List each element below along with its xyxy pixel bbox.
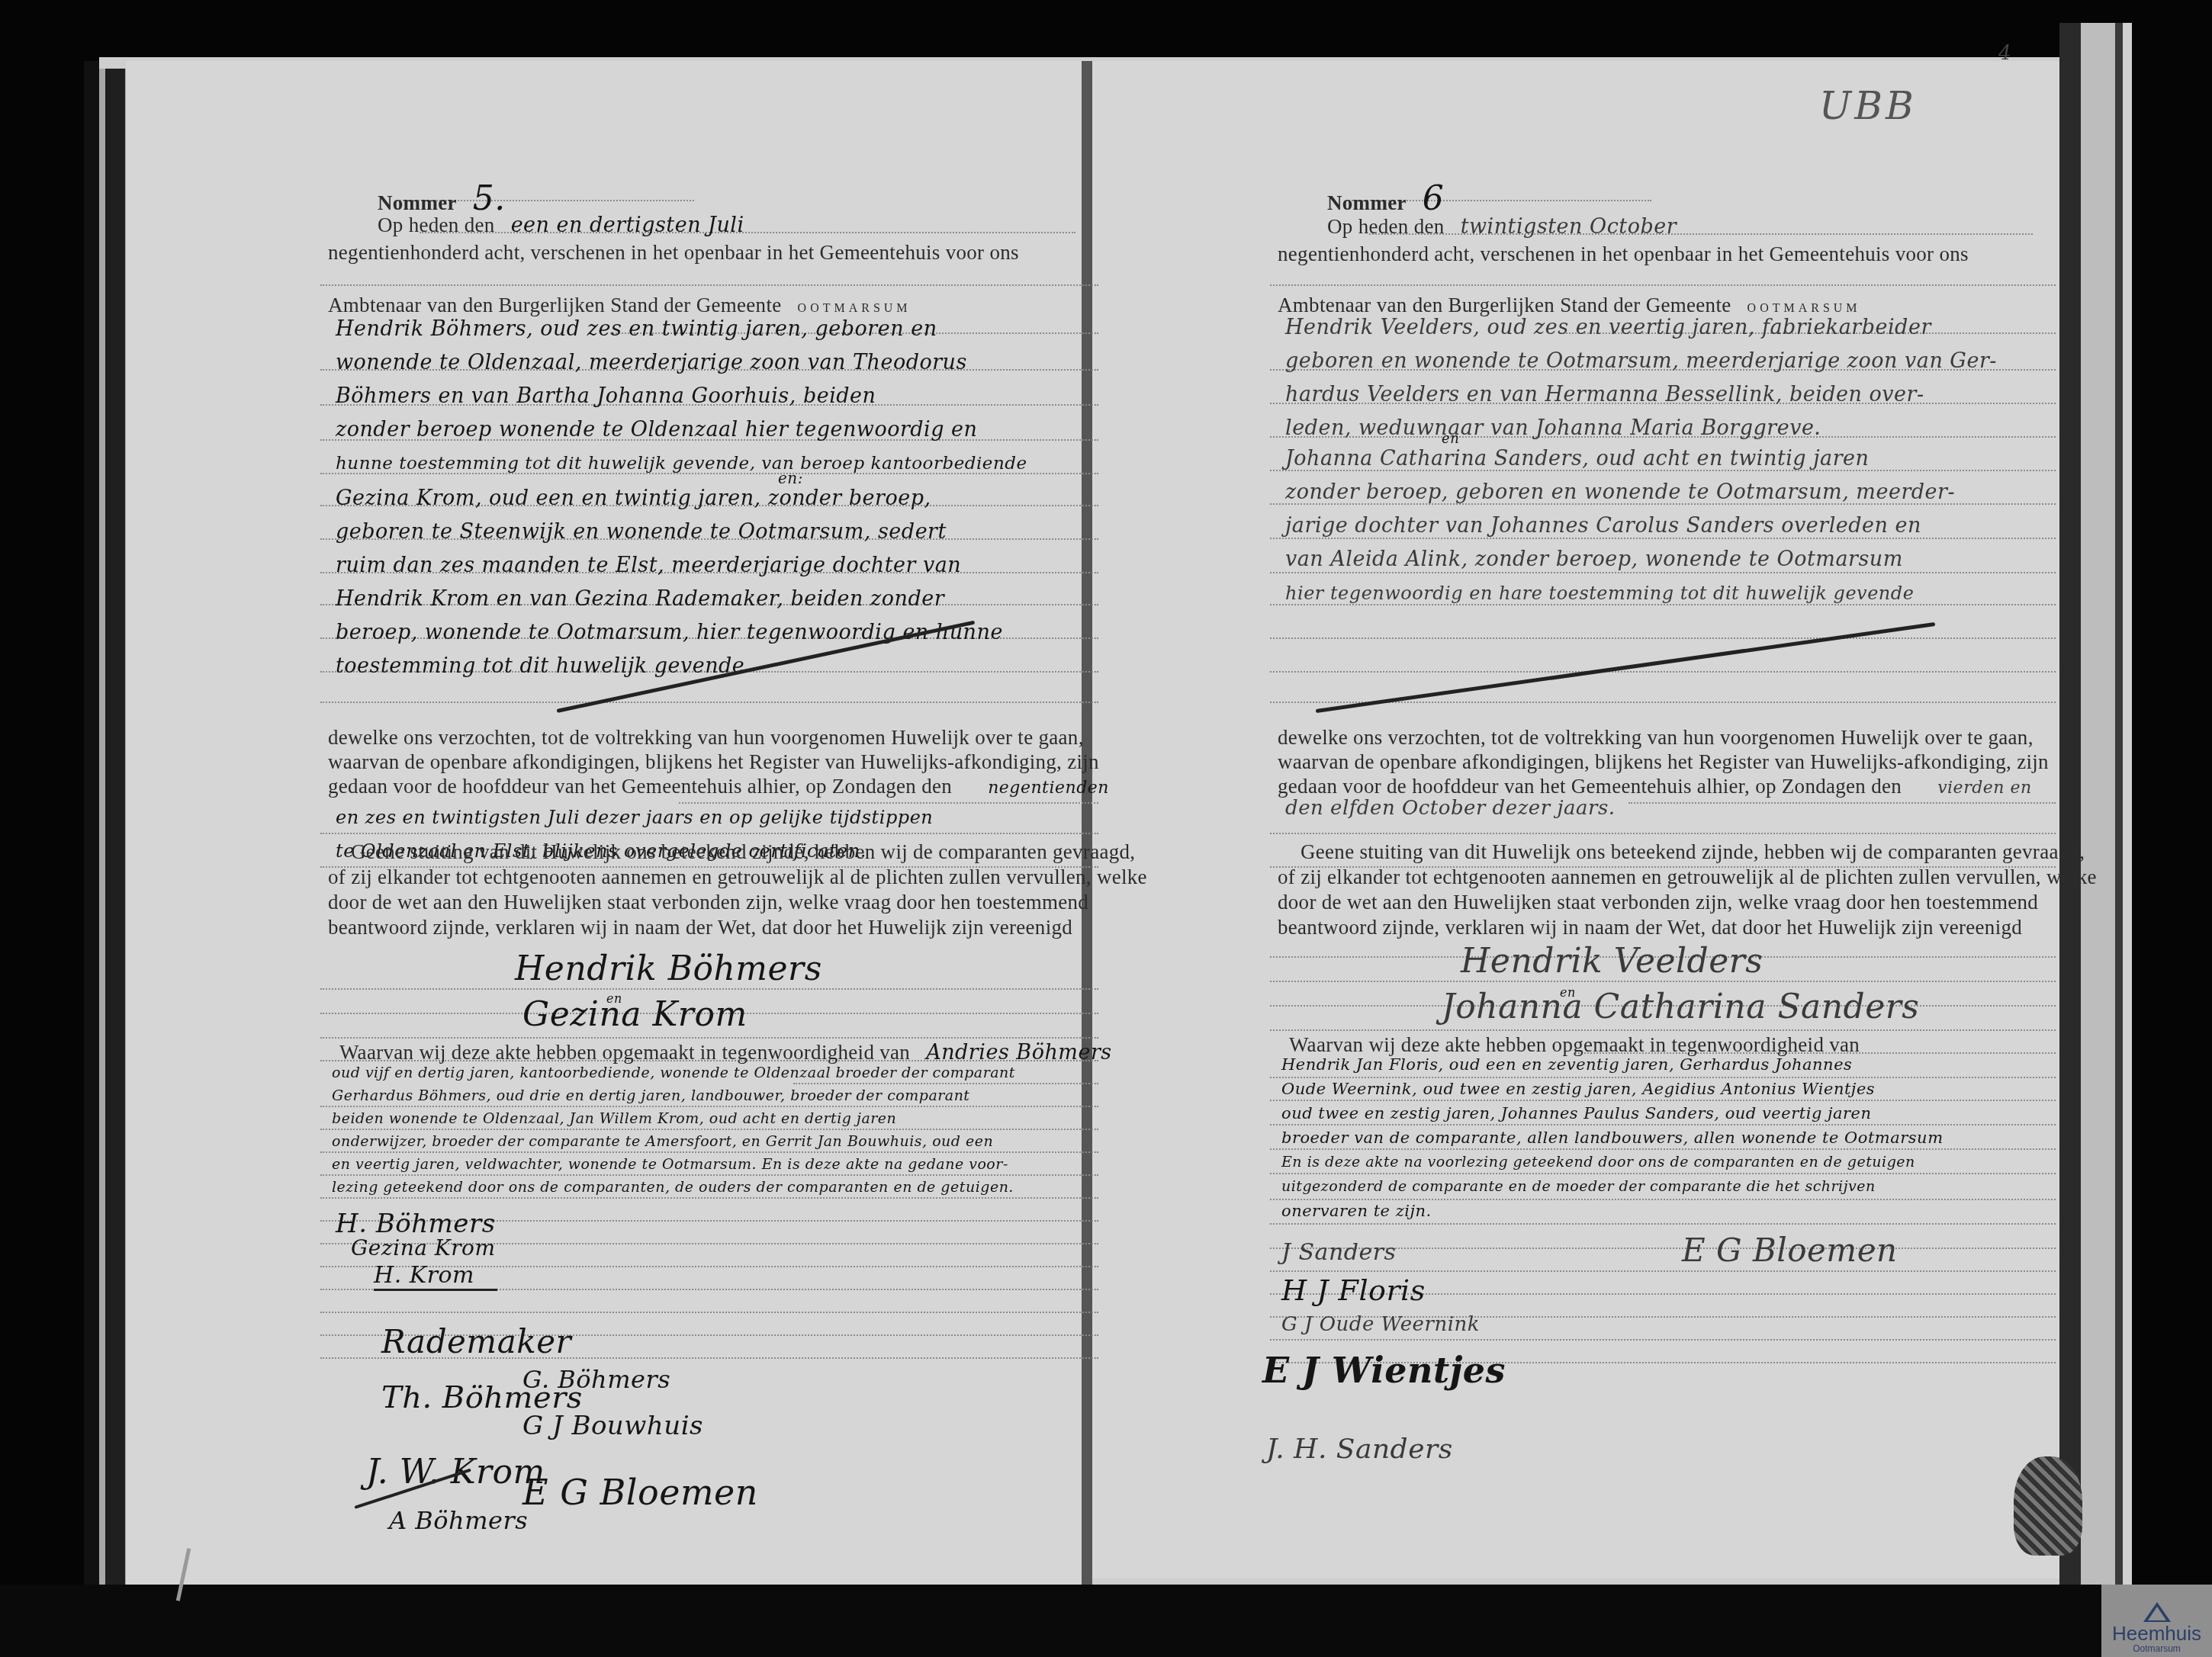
signature: E G Bloemen [1682, 1232, 1898, 1269]
right-page-edge [2081, 23, 2115, 1594]
witness-details: oud vijf en dertig jaren, kantoorbediend… [332, 1061, 1095, 1199]
signature: Gezina Krom [351, 1235, 495, 1260]
signature: H. Krom [374, 1262, 497, 1291]
right-cover-edge [2123, 23, 2132, 1594]
signature: E G Bloemen [522, 1472, 758, 1513]
signature: G J Bouwhuis [522, 1411, 703, 1441]
right-cover-band [2059, 23, 2081, 1594]
united-bride: Johanna Catharina Sanders [1442, 987, 1919, 1026]
year-text: negentienhonderd acht, [328, 241, 526, 264]
signature: A Böhmers [389, 1506, 528, 1535]
nommer-value: 5. [473, 179, 506, 218]
house-roof-icon [2143, 1602, 2171, 1622]
bride-details: Johanna Catharina Sanders, oud acht en t… [1285, 442, 2040, 610]
op-heden-label: Op heden den [378, 214, 495, 236]
record-5: Nommer 5. Op heden den een en dertigsten… [320, 0, 1098, 1601]
signature: J. W. Krom [366, 1453, 545, 1492]
verschenen-text: verschenen in het openbaar in het Gemeen… [531, 241, 1019, 264]
united-groom: Hendrik Veelders [1461, 942, 1763, 981]
cancel-stroke [1316, 622, 1936, 713]
united-groom: Hendrik Böhmers [515, 949, 822, 988]
year-text: negentienhonderd acht, [1278, 242, 1475, 265]
watermark-name: Heemhuis [2112, 1623, 2201, 1643]
printed-paragraph-2: Geene stuiting van dit Huwelijk ons bete… [328, 840, 1083, 941]
finger-object [2014, 1456, 2082, 1556]
op-heden-label: Op heden den [1327, 215, 1445, 238]
nommer-value: 6 [1423, 179, 1445, 218]
waarvan-label: Waarvan wij deze akte hebben opgemaakt i… [339, 1041, 910, 1064]
groom-details: Hendrik Böhmers, oud zes en twintig jare… [336, 313, 1083, 480]
verschenen-text: verschenen in het openbaar in het Gemeen… [1481, 242, 1969, 265]
zondagen-value: negentienden [988, 779, 1109, 798]
groom-details: Hendrik Veelders, oud zes en veertig jar… [1285, 311, 2040, 445]
signature: J. H. Sanders [1266, 1434, 1453, 1465]
signature: G. Böhmers [522, 1365, 670, 1394]
proclamation-details: den elfden October dezer jaars. [1285, 792, 2040, 825]
united-bride: Gezina Krom [522, 995, 748, 1034]
printed-paragraph-1: dewelke ons verzochten, tot de voltrekki… [328, 726, 1083, 799]
signature: H J Floris [1281, 1273, 1426, 1307]
signature: H. Böhmers [336, 1209, 496, 1239]
signature: J Sanders [1281, 1239, 1397, 1266]
nommer-label: Nommer [378, 191, 457, 214]
right-cover-line [2115, 23, 2123, 1594]
heemhuis-watermark: Heemhuis Ootmarsum [2101, 1585, 2212, 1657]
signature: Rademaker [381, 1323, 571, 1360]
op-heden-value: een en dertigsten Juli [511, 214, 744, 237]
watermark-subtitle: Ootmarsum [2133, 1643, 2181, 1654]
witness-details: Hendrik Jan Floris, oud een en zeventig … [1281, 1052, 2052, 1223]
printed-paragraph-1: dewelke ons verzochten, tot de voltrekki… [1278, 726, 2033, 799]
signature: E J Wientjes [1262, 1350, 1506, 1391]
nommer-label: Nommer [1327, 191, 1407, 214]
bride-details: Gezina Krom, oud een en twintig jaren, z… [336, 482, 1083, 683]
op-heden-value: twintigsten October [1461, 215, 1677, 239]
record-6: Nommer 6 Op heden den twintigsten Octobe… [1270, 0, 2056, 1601]
printed-paragraph-2: Geene stuiting van dit Huwelijk ons bete… [1278, 840, 2033, 941]
left-cover-band [105, 69, 125, 1586]
signature: G J Oude Weernink [1281, 1313, 1480, 1336]
